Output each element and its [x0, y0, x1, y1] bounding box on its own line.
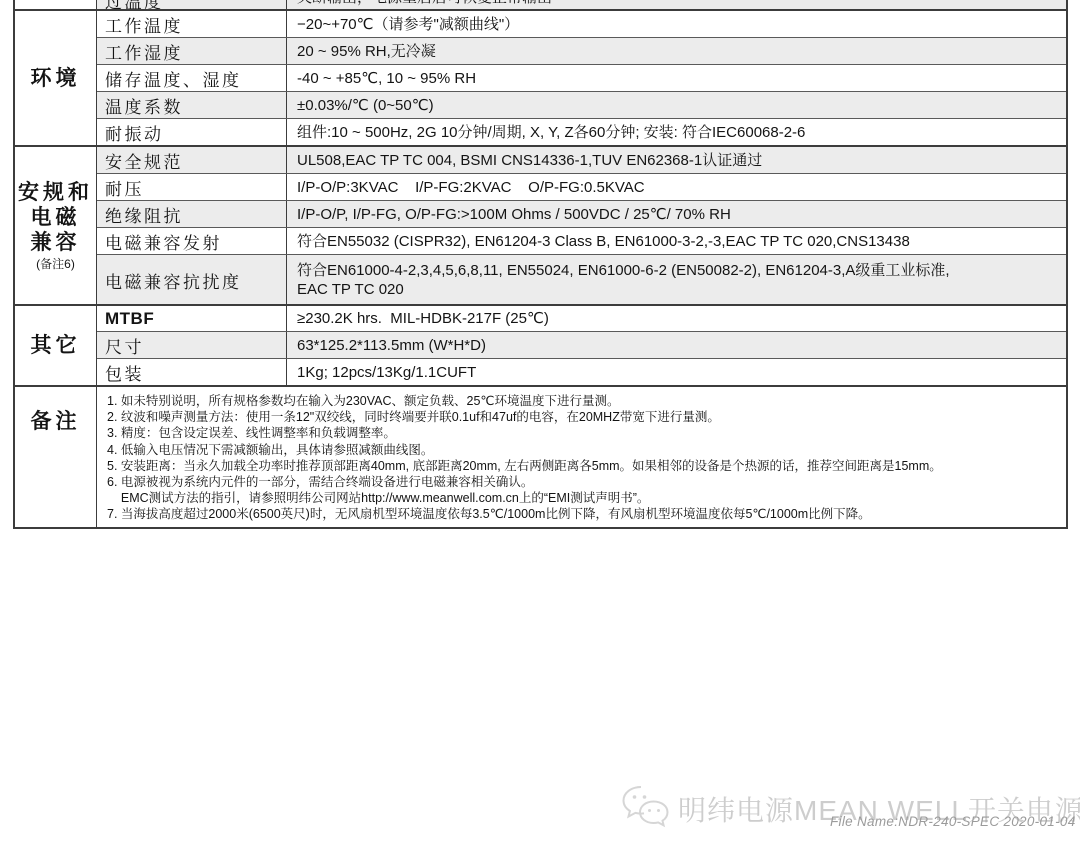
note-line: 1. 如未特别说明，所有规格参数均在输入为230VAC、额定负载、25℃环境温度… — [107, 393, 1058, 409]
table-row: 耐振动 组件:10 ~ 500Hz, 2G 10分钟/周期, X, Y, Z各6… — [97, 118, 1066, 145]
param-cell: 工作温度 — [97, 11, 287, 37]
table-row: 过温度 关断输出，电源重启后可恢复正常输出 — [97, 0, 1066, 9]
notes-cell: 1. 如未特别说明，所有规格参数均在输入为230VAC、额定负载、25℃环境温度… — [97, 387, 1066, 527]
param-label: 过温度 — [105, 0, 164, 9]
note-line: 5. 安装距离：当永久加载全功率时推荐顶部距离40mm, 底部距离20mm, 左… — [107, 458, 1058, 474]
table-row: 电磁兼容抗扰度 符合EN61000-4-2,3,4,5,6,8,11, EN55… — [97, 254, 1066, 304]
value-text: 关断输出，电源重启后可恢复正常输出 — [297, 0, 552, 7]
param-cell: 温度系数 — [97, 92, 287, 118]
param-cell: 安全规范 — [97, 147, 287, 173]
spec-table: 过温度 关断输出，电源重启后可恢复正常输出 环境 工作温度 −20~+70℃（请… — [13, 0, 1068, 529]
value-cell: 63*125.2*113.5mm (W*H*D) — [287, 332, 1066, 358]
category-label: 安规和电磁兼容 — [18, 180, 93, 255]
note-line: 7. 当海拔高度超过2000米(6500英尺)时，无风扇机型环境温度依每3.5℃… — [107, 506, 1058, 522]
category-line: 安规和 — [18, 180, 93, 205]
spec-sections: 环境 工作温度 −20~+70℃（请参考"减额曲线"） 工作湿度 20 ~ 95… — [15, 9, 1066, 385]
table-row: 安全规范 UL508,EAC TP TC 004, BSMI CNS14336-… — [97, 147, 1066, 173]
param-cell: 包装 — [97, 359, 287, 385]
section-rows-cut: 过温度 关断输出，电源重启后可恢复正常输出 — [97, 0, 1066, 9]
category-cell: 备注 — [15, 387, 97, 527]
note-line: EMC测试方法的指引，请参照明纬公司网站http://www.meanwell.… — [107, 490, 1058, 506]
value-cell: 20 ~ 95% RH,无冷凝 — [287, 38, 1066, 64]
param-cell: 耐压 — [97, 174, 287, 200]
category-cell: 安规和电磁兼容 (备注6) — [15, 147, 97, 304]
param-cell: 工作湿度 — [97, 38, 287, 64]
param-cell: MTBF — [97, 306, 287, 331]
category-note: (备注6) — [36, 256, 75, 272]
section-rows: 安全规范 UL508,EAC TP TC 004, BSMI CNS14336-… — [97, 147, 1066, 304]
spec-section: 环境 工作温度 −20~+70℃（请参考"减额曲线"） 工作湿度 20 ~ 95… — [15, 9, 1066, 145]
value-cell: UL508,EAC TP TC 004, BSMI CNS14336-1,TUV… — [287, 147, 1066, 173]
value-cell: -40 ~ +85℃, 10 ~ 95% RH — [287, 65, 1066, 91]
param-cell: 电磁兼容抗扰度 — [97, 255, 287, 304]
spec-sheet-page: 过温度 关断输出，电源重启后可恢复正常输出 环境 工作温度 −20~+70℃（请… — [0, 0, 1080, 854]
table-row: 尺寸 63*125.2*113.5mm (W*H*D) — [97, 331, 1066, 358]
spec-section-notes: 备注 1. 如未特别说明，所有规格参数均在输入为230VAC、额定负载、25℃环… — [15, 385, 1066, 527]
table-row: 耐压 I/P-O/P:3KVAC I/P-FG:2KVAC O/P-FG:0.5… — [97, 173, 1066, 200]
value-cell: I/P-O/P, I/P-FG, O/P-FG:>100M Ohms / 500… — [287, 201, 1066, 227]
table-row: MTBF ≥230.2K hrs. MIL-HDBK-217F (25℃) — [97, 306, 1066, 331]
category-label: 环境 — [31, 66, 81, 91]
note-line: 4. 低输入电压情况下需减额输出，具体请参照减额曲线图。 — [107, 442, 1058, 458]
category-cell-cut — [15, 0, 97, 9]
value-cell: 组件:10 ~ 500Hz, 2G 10分钟/周期, X, Y, Z各60分钟;… — [287, 119, 1066, 145]
note-line: 2. 纹波和噪声测量方法：使用一条12"双绞线，同时终端要并联0.1uf和47u… — [107, 409, 1058, 425]
spec-section: 安规和电磁兼容 (备注6) 安全规范 UL508,EAC TP TC 004, … — [15, 145, 1066, 304]
param-cell: 电磁兼容发射 — [97, 228, 287, 254]
spec-section: 其它 MTBF ≥230.2K hrs. MIL-HDBK-217F (25℃)… — [15, 304, 1066, 385]
value-cell: 符合EN55032 (CISPR32), EN61204-3 Class B, … — [287, 228, 1066, 254]
table-row: 工作湿度 20 ~ 95% RH,无冷凝 — [97, 37, 1066, 64]
table-row: 温度系数 ±0.03%/℃ (0~50℃) — [97, 91, 1066, 118]
category-line: 电磁 — [18, 205, 93, 230]
value-cell: −20~+70℃（请参考"减额曲线"） — [287, 11, 1066, 37]
category-label: 其它 — [31, 333, 81, 358]
note-line: 3. 精度：包含设定误差、线性调整率和负载调整率。 — [107, 425, 1058, 441]
value-cell: ≥230.2K hrs. MIL-HDBK-217F (25℃) — [287, 306, 1066, 331]
category-line: 其它 — [31, 333, 81, 358]
file-info: File Name:NDR-240-SPEC 2020-01-04 — [830, 814, 1076, 829]
param-cell: 储存温度、湿度 — [97, 65, 287, 91]
value-cell: ±0.03%/℃ (0~50℃) — [287, 92, 1066, 118]
wechat-icon — [620, 784, 672, 833]
value-cell: 1Kg; 12pcs/13Kg/1.1CUFT — [287, 359, 1066, 385]
table-row: 电磁兼容发射 符合EN55032 (CISPR32), EN61204-3 Cl… — [97, 227, 1066, 254]
category-line: 环境 — [31, 66, 81, 91]
category-cell: 环境 — [15, 11, 97, 145]
value-cell: I/P-O/P:3KVAC I/P-FG:2KVAC O/P-FG:0.5KVA… — [287, 174, 1066, 200]
table-row: 包装 1Kg; 12pcs/13Kg/1.1CUFT — [97, 358, 1066, 385]
param-cell: 绝缘阻抗 — [97, 201, 287, 227]
param-cell: 耐振动 — [97, 119, 287, 145]
section-rows: 工作温度 −20~+70℃（请参考"减额曲线"） 工作湿度 20 ~ 95% R… — [97, 11, 1066, 145]
param-cell: 尺寸 — [97, 332, 287, 358]
value-cell: 关断输出，电源重启后可恢复正常输出 — [287, 0, 1066, 9]
spec-section-cut: 过温度 关断输出，电源重启后可恢复正常输出 — [15, 0, 1066, 9]
note-line: 6. 电源被视为系统内元件的一部分，需结合终端设备进行电磁兼容相关确认。 — [107, 474, 1058, 490]
param-cell: 过温度 — [97, 0, 287, 9]
category-label: 备注 — [31, 409, 81, 434]
table-row: 绝缘阻抗 I/P-O/P, I/P-FG, O/P-FG:>100M Ohms … — [97, 200, 1066, 227]
category-cell: 其它 — [15, 306, 97, 385]
table-row: 工作温度 −20~+70℃（请参考"减额曲线"） — [97, 11, 1066, 37]
value-cell: 符合EN61000-4-2,3,4,5,6,8,11, EN55024, EN6… — [287, 255, 1066, 304]
section-rows: MTBF ≥230.2K hrs. MIL-HDBK-217F (25℃) 尺寸… — [97, 306, 1066, 385]
category-line: 兼容 — [18, 230, 93, 255]
table-row: 储存温度、湿度 -40 ~ +85℃, 10 ~ 95% RH — [97, 64, 1066, 91]
